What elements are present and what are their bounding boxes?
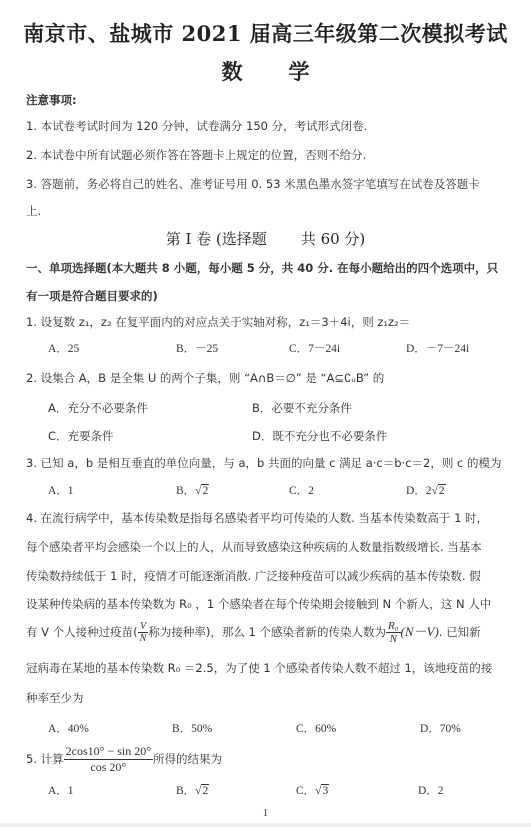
question-1-option-d: D．－7－24i bbox=[406, 340, 469, 356]
trig-fraction: 2cos10° − sin 20°cos 20° bbox=[64, 744, 153, 775]
question-4-line-4: 设某种传染病的基本传染数为 R₀ ，1 个感染者在每个传染期会接触到 N 个新人… bbox=[26, 596, 491, 612]
section-title-right: 共 60 分) bbox=[301, 230, 365, 248]
question-2-stem: 2. 设集合 A，B 是全集 U 的两个子集，则 “A∩B＝∅” 是 “A⊆∁ᵤ… bbox=[26, 370, 384, 386]
fraction-denominator: N bbox=[386, 633, 401, 645]
question-4-line-6: 冠病毒在某地的基本传染数 R₀ ＝2.5，为了使 1 个感染者传染人数不超过 1… bbox=[26, 660, 492, 676]
question-2-option-c: C．充要条件 bbox=[48, 428, 114, 444]
question-3-option-d: D．2√2 bbox=[406, 482, 446, 498]
question-1-option-a: A．25 bbox=[48, 340, 79, 356]
question-3-stem: 3. 已知 a，b 是相互垂直的单位向量，与 a，b 共面的向量 c 满足 a·… bbox=[26, 455, 501, 471]
fraction-numerator: R₀ bbox=[386, 620, 401, 633]
question-4-line-2: 每个感染者平均会感染一个以上的人，从而导致感染这种疾病的人数量指数级增长. 当基… bbox=[26, 539, 482, 555]
question-2-option-d: D．既不充分也不必要条件 bbox=[252, 428, 387, 444]
part1-instructions-line1: 一、单项选择题(本大题共 8 小题，每小题 5 分，共 40 分. 在每小题给出… bbox=[26, 260, 498, 276]
notice-item-2: 2. 本试卷中所有试题必须作答在答题卡上规定的位置，否则不给分. bbox=[26, 147, 366, 163]
fraction-denominator: cos 20° bbox=[64, 760, 153, 775]
question-1-option-b: B．－25 bbox=[176, 340, 218, 356]
question-3-option-a: A．1 bbox=[48, 482, 74, 498]
notice-item-3-cont: 上. bbox=[26, 203, 41, 219]
question-2-option-a: A．充分不必要条件 bbox=[48, 400, 148, 416]
option-label: B． bbox=[176, 785, 195, 797]
question-4-line-7: 种率至少为 bbox=[26, 690, 84, 706]
question-4-option-d: D．70% bbox=[420, 720, 461, 736]
radicand: 2 bbox=[438, 484, 446, 497]
question-4-option-c: C．60% bbox=[296, 720, 336, 736]
question-3-option-c: C．2 bbox=[289, 482, 314, 498]
option-label: D．2 bbox=[406, 485, 432, 497]
formula-paren: (N－V) bbox=[401, 624, 439, 639]
question-3-option-b: B．√2 bbox=[176, 482, 209, 498]
fraction-denominator: N bbox=[138, 633, 149, 644]
question-5-option-b: B．√2 bbox=[176, 782, 209, 798]
question-5-option-a: A．1 bbox=[48, 782, 74, 798]
question-5-option-d: D．2 bbox=[418, 782, 444, 798]
question-4-line-1: 4. 在流行病学中，基本传染数是指每名感染者平均可传染的人数. 当基本传染数高于… bbox=[26, 510, 488, 526]
question-5-option-c: C．√3 bbox=[296, 782, 329, 798]
page-bottom-edge bbox=[0, 823, 531, 827]
notice-heading: 注意事项: bbox=[26, 92, 77, 108]
part1-instructions-line2: 有一项是符合题目要求的) bbox=[26, 288, 158, 304]
question-1-stem: 1. 设复数 z₁，z₂ 在复平面内的对应点关于实轴对称，z₁＝3＋4i，则 z… bbox=[26, 314, 410, 330]
subject-title: 数学 bbox=[0, 56, 531, 86]
notice-item-1: 1. 本试卷考试时间为 120 分钟，试卷满分 150 分，考试形式闭卷. bbox=[26, 118, 367, 134]
question-4-option-b: B．50% bbox=[172, 720, 212, 736]
question-4-option-a: A．40% bbox=[48, 720, 89, 736]
vaccination-rate-fraction: VN bbox=[138, 621, 149, 644]
r0-over-n-fraction: R₀N bbox=[386, 620, 401, 645]
fraction-numerator: V bbox=[138, 621, 149, 633]
text-segment: 所得的结果为 bbox=[153, 752, 222, 766]
fraction-numerator: 2cos10° − sin 20° bbox=[64, 744, 153, 760]
notice-item-3: 3. 答题前，务必将自己的姓名、准考证号用 0. 53 米黑色墨水签字笔填写在试… bbox=[26, 176, 480, 192]
option-label: B． bbox=[176, 485, 195, 497]
section-title-left: 第 I 卷 (选择题 bbox=[166, 230, 267, 248]
radicand: 2 bbox=[201, 784, 209, 797]
exam-title: 南京市、盐城市 2021 届高三年级第二次模拟考试 bbox=[0, 18, 531, 48]
radicand: 2 bbox=[201, 484, 209, 497]
text-segment: 有 V 个人接种过疫苗( bbox=[26, 625, 138, 639]
question-2-option-b: B．必要不充分条件 bbox=[252, 400, 352, 416]
question-5-stem: 5. 计算2cos10° − sin 20°cos 20°所得的结果为 bbox=[26, 744, 222, 775]
text-segment: 称为接种率)，那么 1 个感染者新的传染人数为 bbox=[148, 625, 386, 639]
section-title: 第 I 卷 (选择题共 60 分) bbox=[0, 228, 531, 249]
question-4-line-5: 有 V 个人接种过疫苗(VN称为接种率)，那么 1 个感染者新的传染人数为R₀N… bbox=[26, 620, 481, 645]
subject-char-2: 学 bbox=[289, 56, 310, 86]
text-segment: 5. 计算 bbox=[26, 752, 64, 766]
subject-char-1: 数 bbox=[222, 56, 243, 86]
page-number: 1 bbox=[0, 808, 531, 819]
question-4-line-3: 传染数持续低于 1 时，疫情才可能逐渐消散. 广泛接种疫苗可以减少疾病的基本传染… bbox=[26, 568, 481, 584]
option-label: C． bbox=[296, 785, 315, 797]
radicand: 3 bbox=[321, 784, 329, 797]
text-segment: . 已知新 bbox=[439, 625, 481, 639]
question-1-option-c: C．7－24i bbox=[289, 340, 340, 356]
